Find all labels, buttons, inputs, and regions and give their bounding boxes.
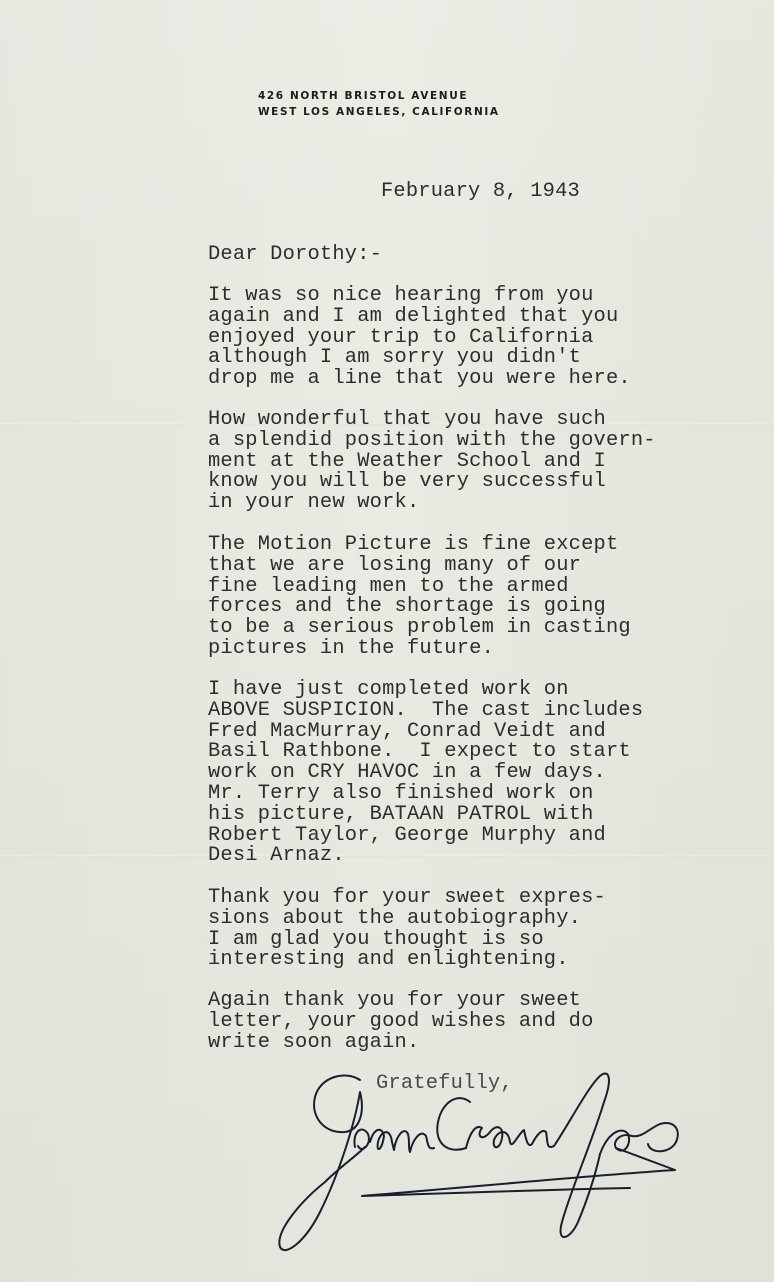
letter-paragraph: How wonderful that you have sucha splend… (208, 410, 656, 514)
letter-line: to be a serious problem in casting (208, 618, 631, 639)
letter-line: interesting and enlightening. (208, 950, 606, 971)
letter-line: Basil Rathbone. I expect to start (208, 742, 643, 763)
letter-line: although I am sorry you didn't (208, 348, 631, 369)
letter-line: in your new work. (208, 493, 656, 514)
letterhead: 426 NORTH BRISTOL AVENUE WEST LOS ANGELE… (258, 88, 500, 120)
letter-date: February 8, 1943 (381, 182, 580, 203)
letter-salutation: Dear Dorothy:- (208, 245, 382, 266)
letter-line: Again thank you for your sweet (208, 991, 594, 1012)
letter-line: How wonderful that you have such (208, 410, 656, 431)
letter-line: again and I am delighted that you (208, 307, 631, 328)
letterhead-address-line-2: WEST LOS ANGELES, CALIFORNIA (258, 104, 500, 120)
letterhead-address-line-1: 426 NORTH BRISTOL AVENUE (258, 88, 500, 104)
letter-paragraph: It was so nice hearing from youagain and… (208, 286, 631, 390)
letter-line: Fred MacMurray, Conrad Veidt and (208, 722, 643, 743)
letter-line: ment at the Weather School and I (208, 452, 656, 473)
handwritten-signature: Joan Crawford (270, 1062, 710, 1262)
letter-line: that we are losing many of our (208, 556, 631, 577)
letter-paragraph: Again thank you for your sweetletter, yo… (208, 991, 594, 1053)
letter-line: pictures in the future. (208, 639, 631, 660)
letter-line: Robert Taylor, George Murphy and (208, 826, 643, 847)
letter-line: I have just completed work on (208, 680, 643, 701)
letter-line: work on CRY HAVOC in a few days. (208, 763, 643, 784)
letter-line: sions about the autobiography. (208, 909, 606, 930)
letter-line: enjoyed your trip to California (208, 328, 631, 349)
letter-line: letter, your good wishes and do (208, 1012, 594, 1033)
letter-paragraph: Thank you for your sweet expres-sions ab… (208, 888, 606, 971)
letter-paragraph: The Motion Picture is fine exceptthat we… (208, 535, 631, 660)
letter-line: forces and the shortage is going (208, 597, 631, 618)
letter-paragraph: I have just completed work onABOVE SUSPI… (208, 680, 643, 867)
letter-line: a splendid position with the govern- (208, 431, 656, 452)
letter-line: drop me a line that you were here. (208, 369, 631, 390)
letter-line: know you will be very successful (208, 472, 656, 493)
letter-line: Mr. Terry also finished work on (208, 784, 643, 805)
letter-line: It was so nice hearing from you (208, 286, 631, 307)
letter-line: his picture, BATAAN PATROL with (208, 805, 643, 826)
letter-line: write soon again. (208, 1033, 594, 1054)
letter-line: Desi Arnaz. (208, 846, 643, 867)
letter-line: The Motion Picture is fine except (208, 535, 631, 556)
letter-line: I am glad you thought is so (208, 930, 606, 951)
letter-line: fine leading men to the armed (208, 577, 631, 598)
letter-line: ABOVE SUSPICION. The cast includes (208, 701, 643, 722)
letter-line: Thank you for your sweet expres- (208, 888, 606, 909)
